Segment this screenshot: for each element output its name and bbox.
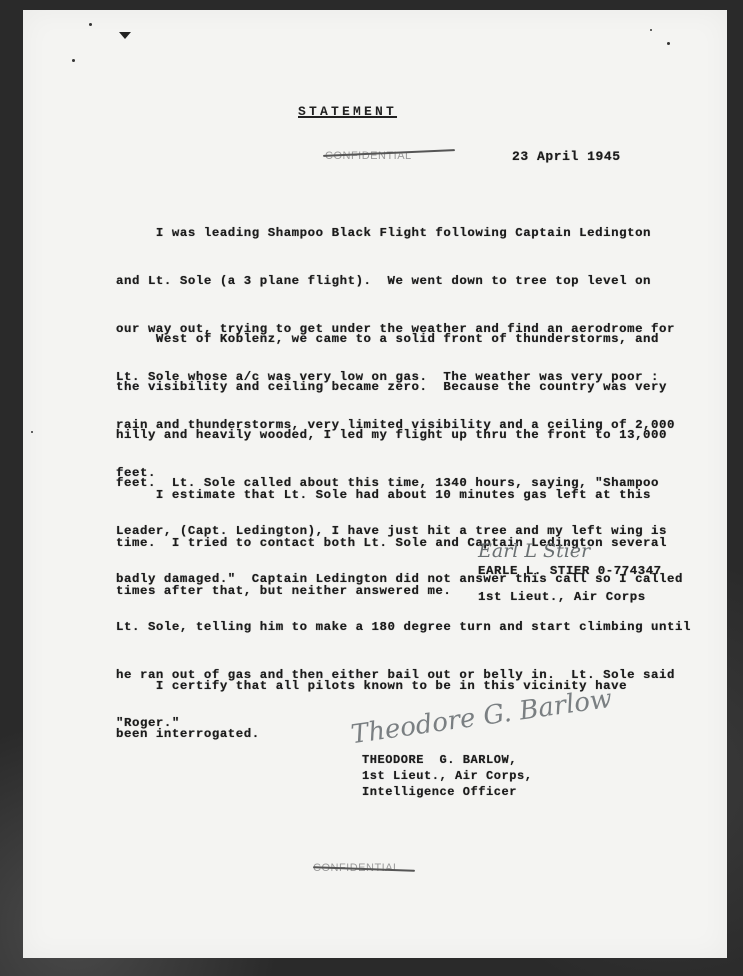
- speck: [72, 59, 75, 62]
- signature-stier: Earl L Stier: [478, 540, 590, 562]
- speck: [89, 23, 92, 26]
- document-date: 23 April 1945: [512, 149, 621, 165]
- speck: [667, 42, 670, 45]
- signer1-name: EARLE L. STIER 0-774347: [478, 563, 662, 579]
- document-title: STATEMENT: [298, 104, 397, 119]
- signer1-rank: 1st Lieut., Air Corps: [478, 589, 646, 605]
- speck: [650, 29, 652, 31]
- text-line: hilly and heavily wooded, I led my fligh…: [116, 427, 691, 443]
- signer2-title: Intelligence Officer: [362, 784, 517, 800]
- signer2-rank: 1st Lieut., Air Corps,: [362, 768, 533, 784]
- speck: [31, 431, 33, 433]
- text-line: West of Koblenz, we came to a solid fron…: [116, 331, 691, 347]
- punch-mark: [119, 32, 131, 39]
- text-line: I was leading Shampoo Black Flight follo…: [116, 225, 675, 241]
- text-line: and Lt. Sole (a 3 plane flight). We went…: [116, 273, 675, 289]
- text-line: the visibility and ceiling became zero. …: [116, 379, 691, 395]
- signer2-name: THEODORE G. BARLOW,: [362, 752, 517, 768]
- text-line: Lt. Sole, telling him to make a 180 degr…: [116, 619, 691, 635]
- text-line: I estimate that Lt. Sole had about 10 mi…: [116, 487, 667, 503]
